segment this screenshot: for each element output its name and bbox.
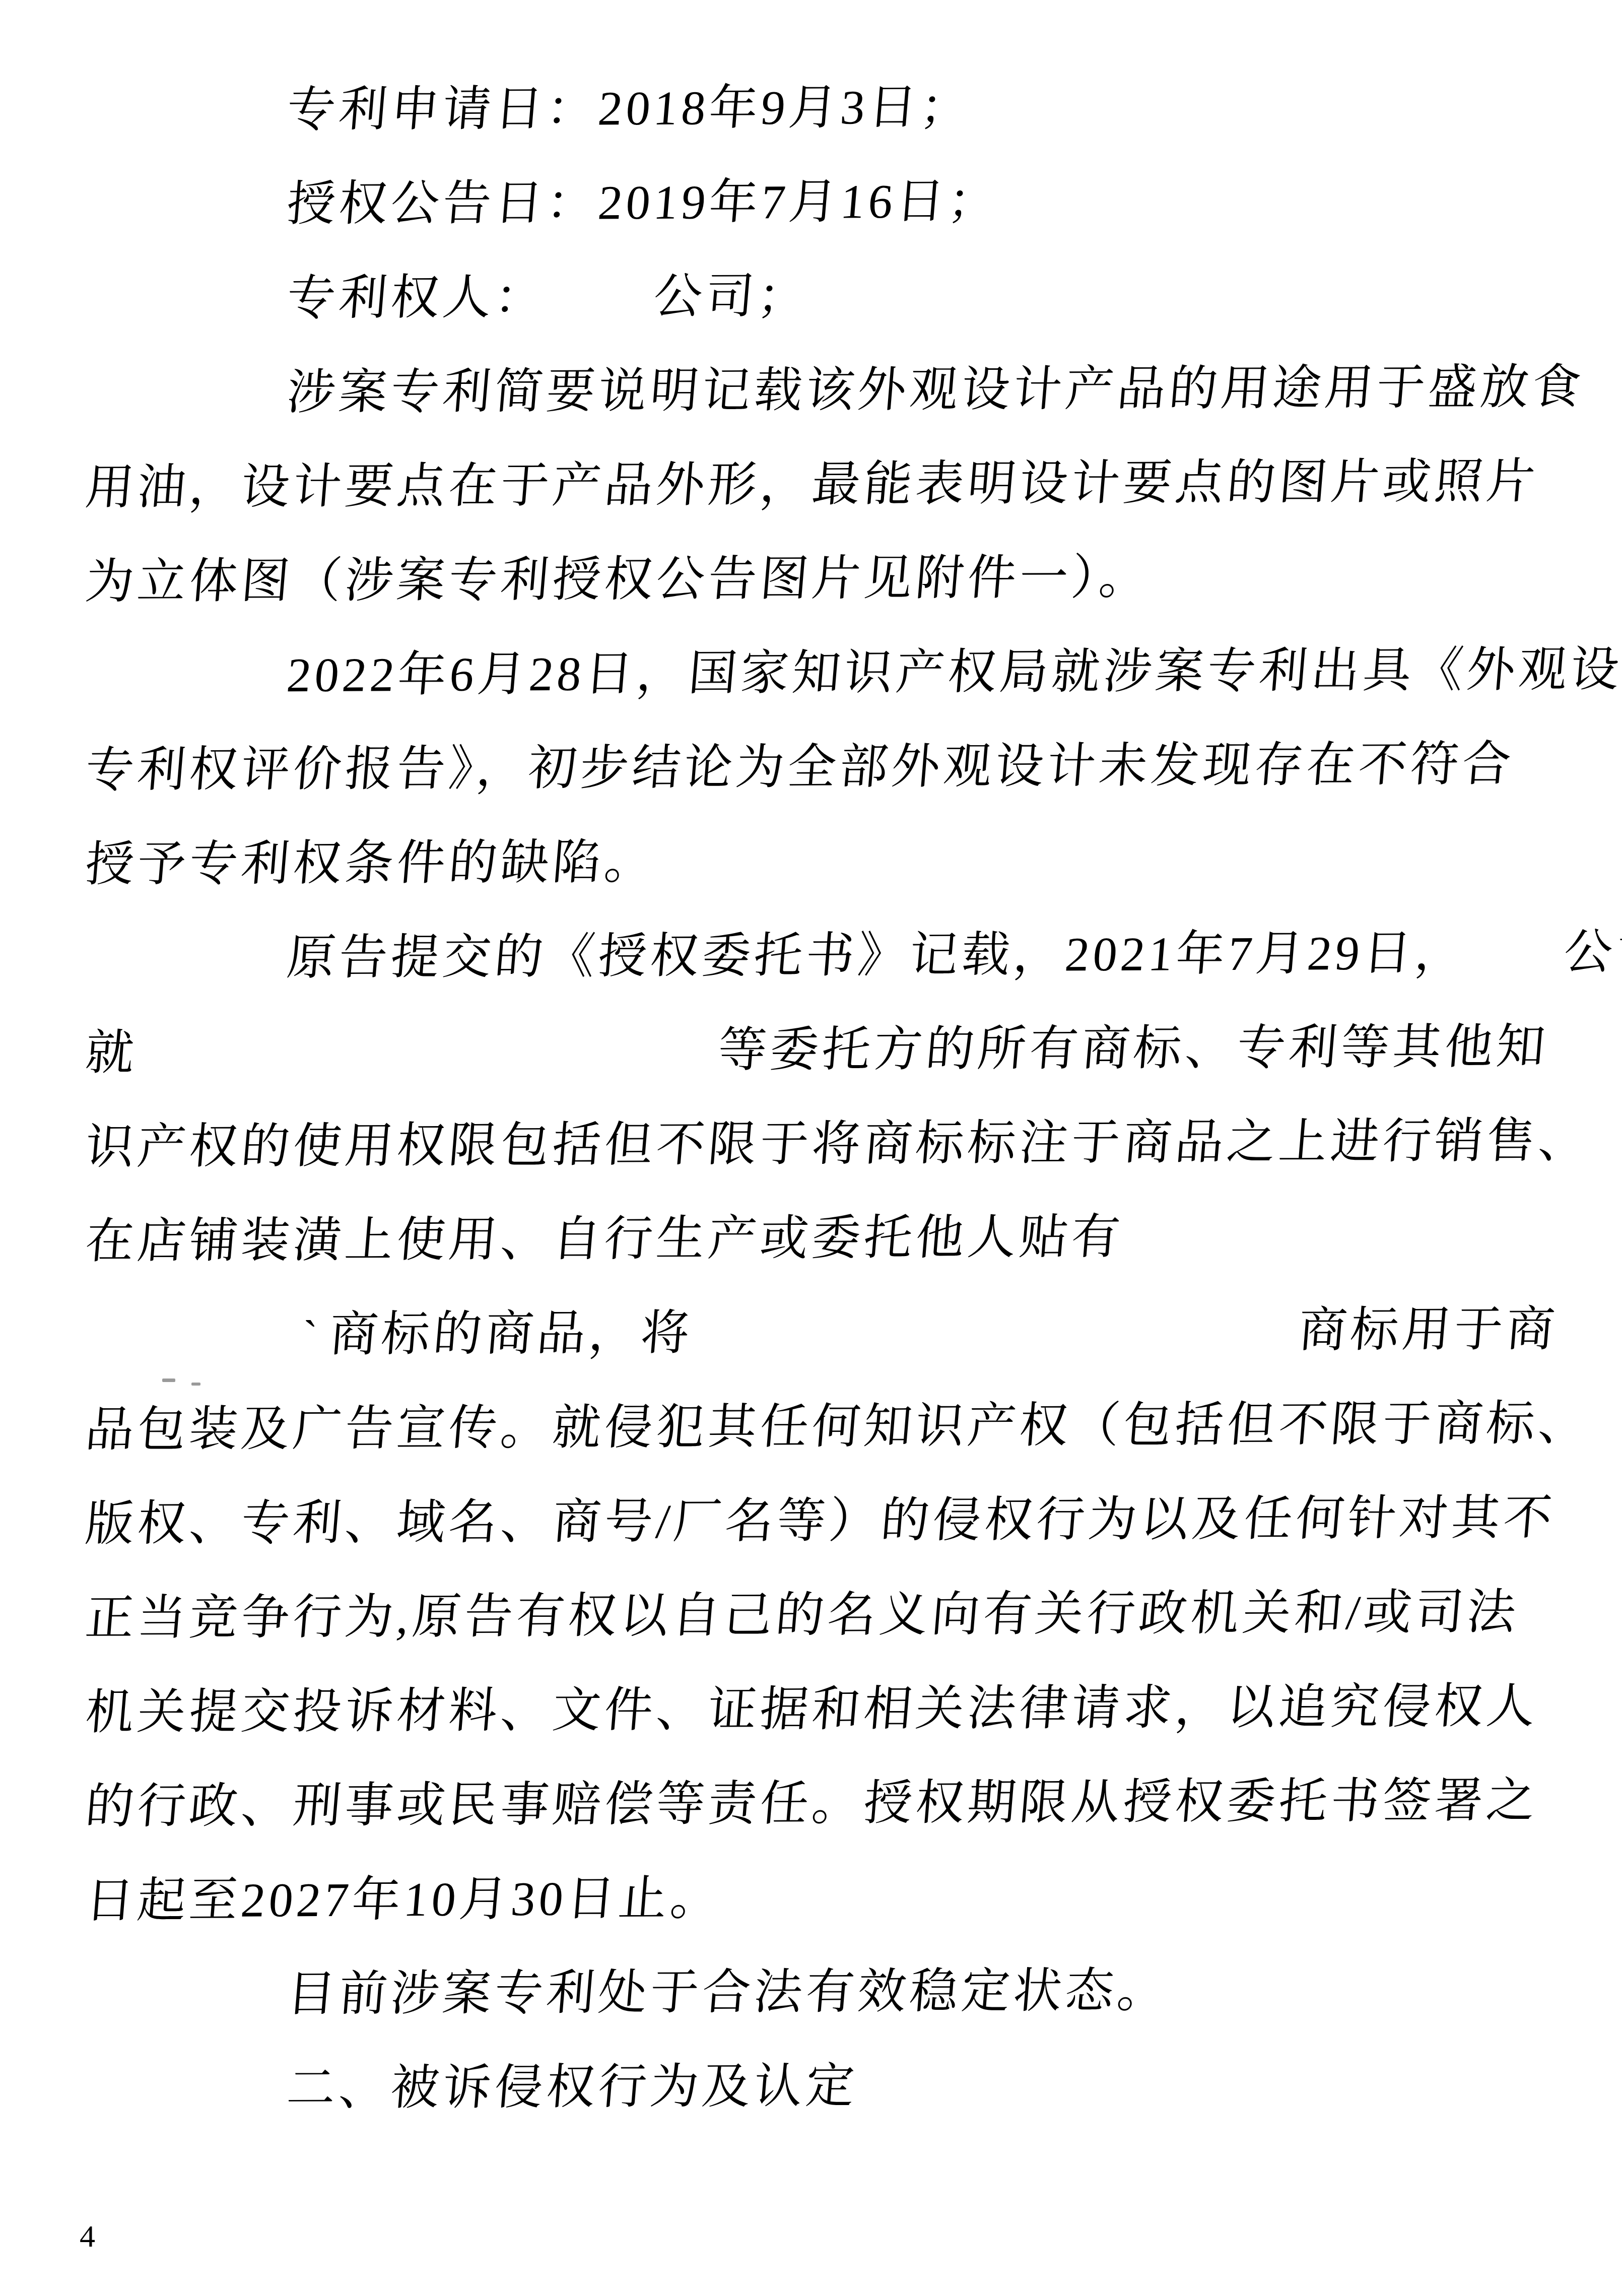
line-evaluation-report-1: 2022年6月28日，国家知识产权局就涉案专利出具《外观设计 [82, 622, 1563, 723]
line-power-of-attorney-2: 就等委托方的所有商标、专利等其他知 [82, 999, 1563, 1100]
line-power-of-attorney-6: 品包装及广告宣传。就侵犯其任何知识产权（包括但不限于商标、 [82, 1376, 1563, 1477]
text-segment: 在店铺装潢上使用、自行生产或委托他人贴有 [82, 1190, 1127, 1288]
line-patent-application-date: 专利申请日：2018年9月3日； [82, 57, 1563, 158]
line-brief-description-1: 涉案专利简要说明记载该外观设计产品的用途用于盛放食 [82, 340, 1563, 440]
text-segment: 就 [82, 1006, 142, 1100]
text-segment: 2022年6月28日，国家知识产权局就涉案专利出具《外观设计 [182, 622, 1622, 723]
line-power-of-attorney-4: 在店铺装潢上使用、自行生产或委托他人贴有 [82, 1188, 1563, 1288]
text-segment: 授权公告日：2019年7月16日； [182, 154, 1004, 251]
line-grant-announcement-date: 授权公告日：2019年7月16日； [82, 151, 1563, 252]
text-segment: 版权、专利、域名、商号/厂名等）的侵权行为以及任何针对其不 [82, 1470, 1559, 1571]
text-segment: 品包装及广告宣传。就侵犯其任何知识产权（包括但不限于商标、 [82, 1376, 1594, 1477]
redaction-tick-mark: ` [298, 1289, 321, 1384]
text-segment: 专利申请日：2018年9月3日； [182, 59, 976, 157]
text-segment: 识产权的使用权限包括但不限于将商标标注于商品之上进行销售、 [82, 1093, 1594, 1194]
text-segment: 机关提交投诉材料、文件、证据和相关法律请求，以追究侵权人 [82, 1659, 1542, 1759]
scan-artifact [191, 1383, 200, 1386]
principal-company-redacted: 公司 [1459, 904, 1622, 1000]
line-evaluation-report-3: 授予专利权条件的缺陷。 [82, 811, 1563, 911]
text-segment: 专利权评价报告》，初步结论为全部外观设计未发现存在不符合 [82, 717, 1518, 817]
text-segment: 为立体图（涉案专利授权公告图片见附件一）。 [82, 530, 1155, 629]
line-brief-description-3: 为立体图（涉案专利授权公告图片见附件一）。 [82, 528, 1563, 629]
redaction-gap [84, 1346, 301, 1352]
scanned-judgment-page: { "page": { "number": "4", "background_c… [0, 0, 1622, 2296]
line-evaluation-report-2: 专利权评价报告》，初步结论为全部外观设计未发现存在不符合 [82, 716, 1563, 817]
text-segment: 等委托方的所有商标、专利等其他知 [714, 999, 1552, 1097]
line-section-heading-2: 二、被诉侵权行为及认定 [82, 2036, 1563, 2136]
text-segment: 涉案专利简要说明记载该外观设计产品的用途用于盛放食 [182, 340, 1588, 440]
line-power-of-attorney-10: 的行政、刑事或民事赔偿等责任。授权期限从授权委托书签署之 [82, 1753, 1563, 1854]
text-segment: 原告提交的《授权委托书》记载，2021年7月29日， [182, 905, 1471, 1005]
page-number: 4 [80, 2221, 95, 2252]
text-segment: 专利权人： [182, 250, 551, 346]
scan-artifact [162, 1379, 175, 1382]
text-segment: 授予专利权条件的缺陷。 [82, 815, 660, 911]
document-body: 专利申请日：2018年9月3日；授权公告日：2019年7月16日；专利权人：公司… [86, 63, 1559, 2136]
text-segment: 正当竞争行为,原告有权以自己的名义向有关行政机关和/或司法 [82, 1565, 1523, 1665]
text-segment: 日起至2027年10月30日止。 [82, 1851, 726, 1948]
text-segment: 商标用于商 [1295, 1282, 1562, 1377]
redaction-gap [316, 1346, 329, 1351]
text-segment: 的行政、刑事或民事赔偿等责任。授权期限从授权委托书签署之 [82, 1753, 1542, 1854]
text-segment: 商标的商品，将 [326, 1286, 697, 1382]
line-patent-status: 目前涉案专利处于合法有效稳定状态。 [82, 1941, 1563, 2042]
text-segment: 目前涉案专利处于合法有效稳定状态。 [182, 1943, 1173, 2042]
line-brief-description-2: 用油，设计要点在于产品外形，最能表明设计要点的图片或照片 [82, 434, 1563, 535]
patentee-company-redacted: 公司； [549, 249, 814, 344]
line-power-of-attorney-8: 正当竞争行为,原告有权以自己的名义向有关行政机关和/或司法 [82, 1564, 1563, 1665]
line-power-of-attorney-9: 机关提交投诉材料、文件、证据和相关法律请求，以追究侵权人 [82, 1659, 1563, 1759]
line-power-of-attorney-7: 版权、专利、域名、商号/厂名等）的侵权行为以及任何针对其不 [82, 1470, 1563, 1571]
text-segment: 用油，设计要点在于产品外形，最能表明设计要点的图片或照片 [82, 434, 1542, 535]
text-segment: 二、被诉侵权行为及认定 [182, 2039, 862, 2136]
line-power-of-attorney-1: 原告提交的《授权委托书》记载，2021年7月29日，公司 [82, 905, 1563, 1006]
line-power-of-attorney-3: 识产权的使用权限包括但不限于将商标标注于商品之上进行销售、 [82, 1093, 1563, 1194]
line-power-of-attorney-5: `商标的商品，将商标用于商 [82, 1282, 1563, 1383]
line-power-of-attorney-11: 日起至2027年10月30日止。 [82, 1847, 1563, 1948]
line-patentee: 专利权人：公司； [82, 245, 1563, 346]
